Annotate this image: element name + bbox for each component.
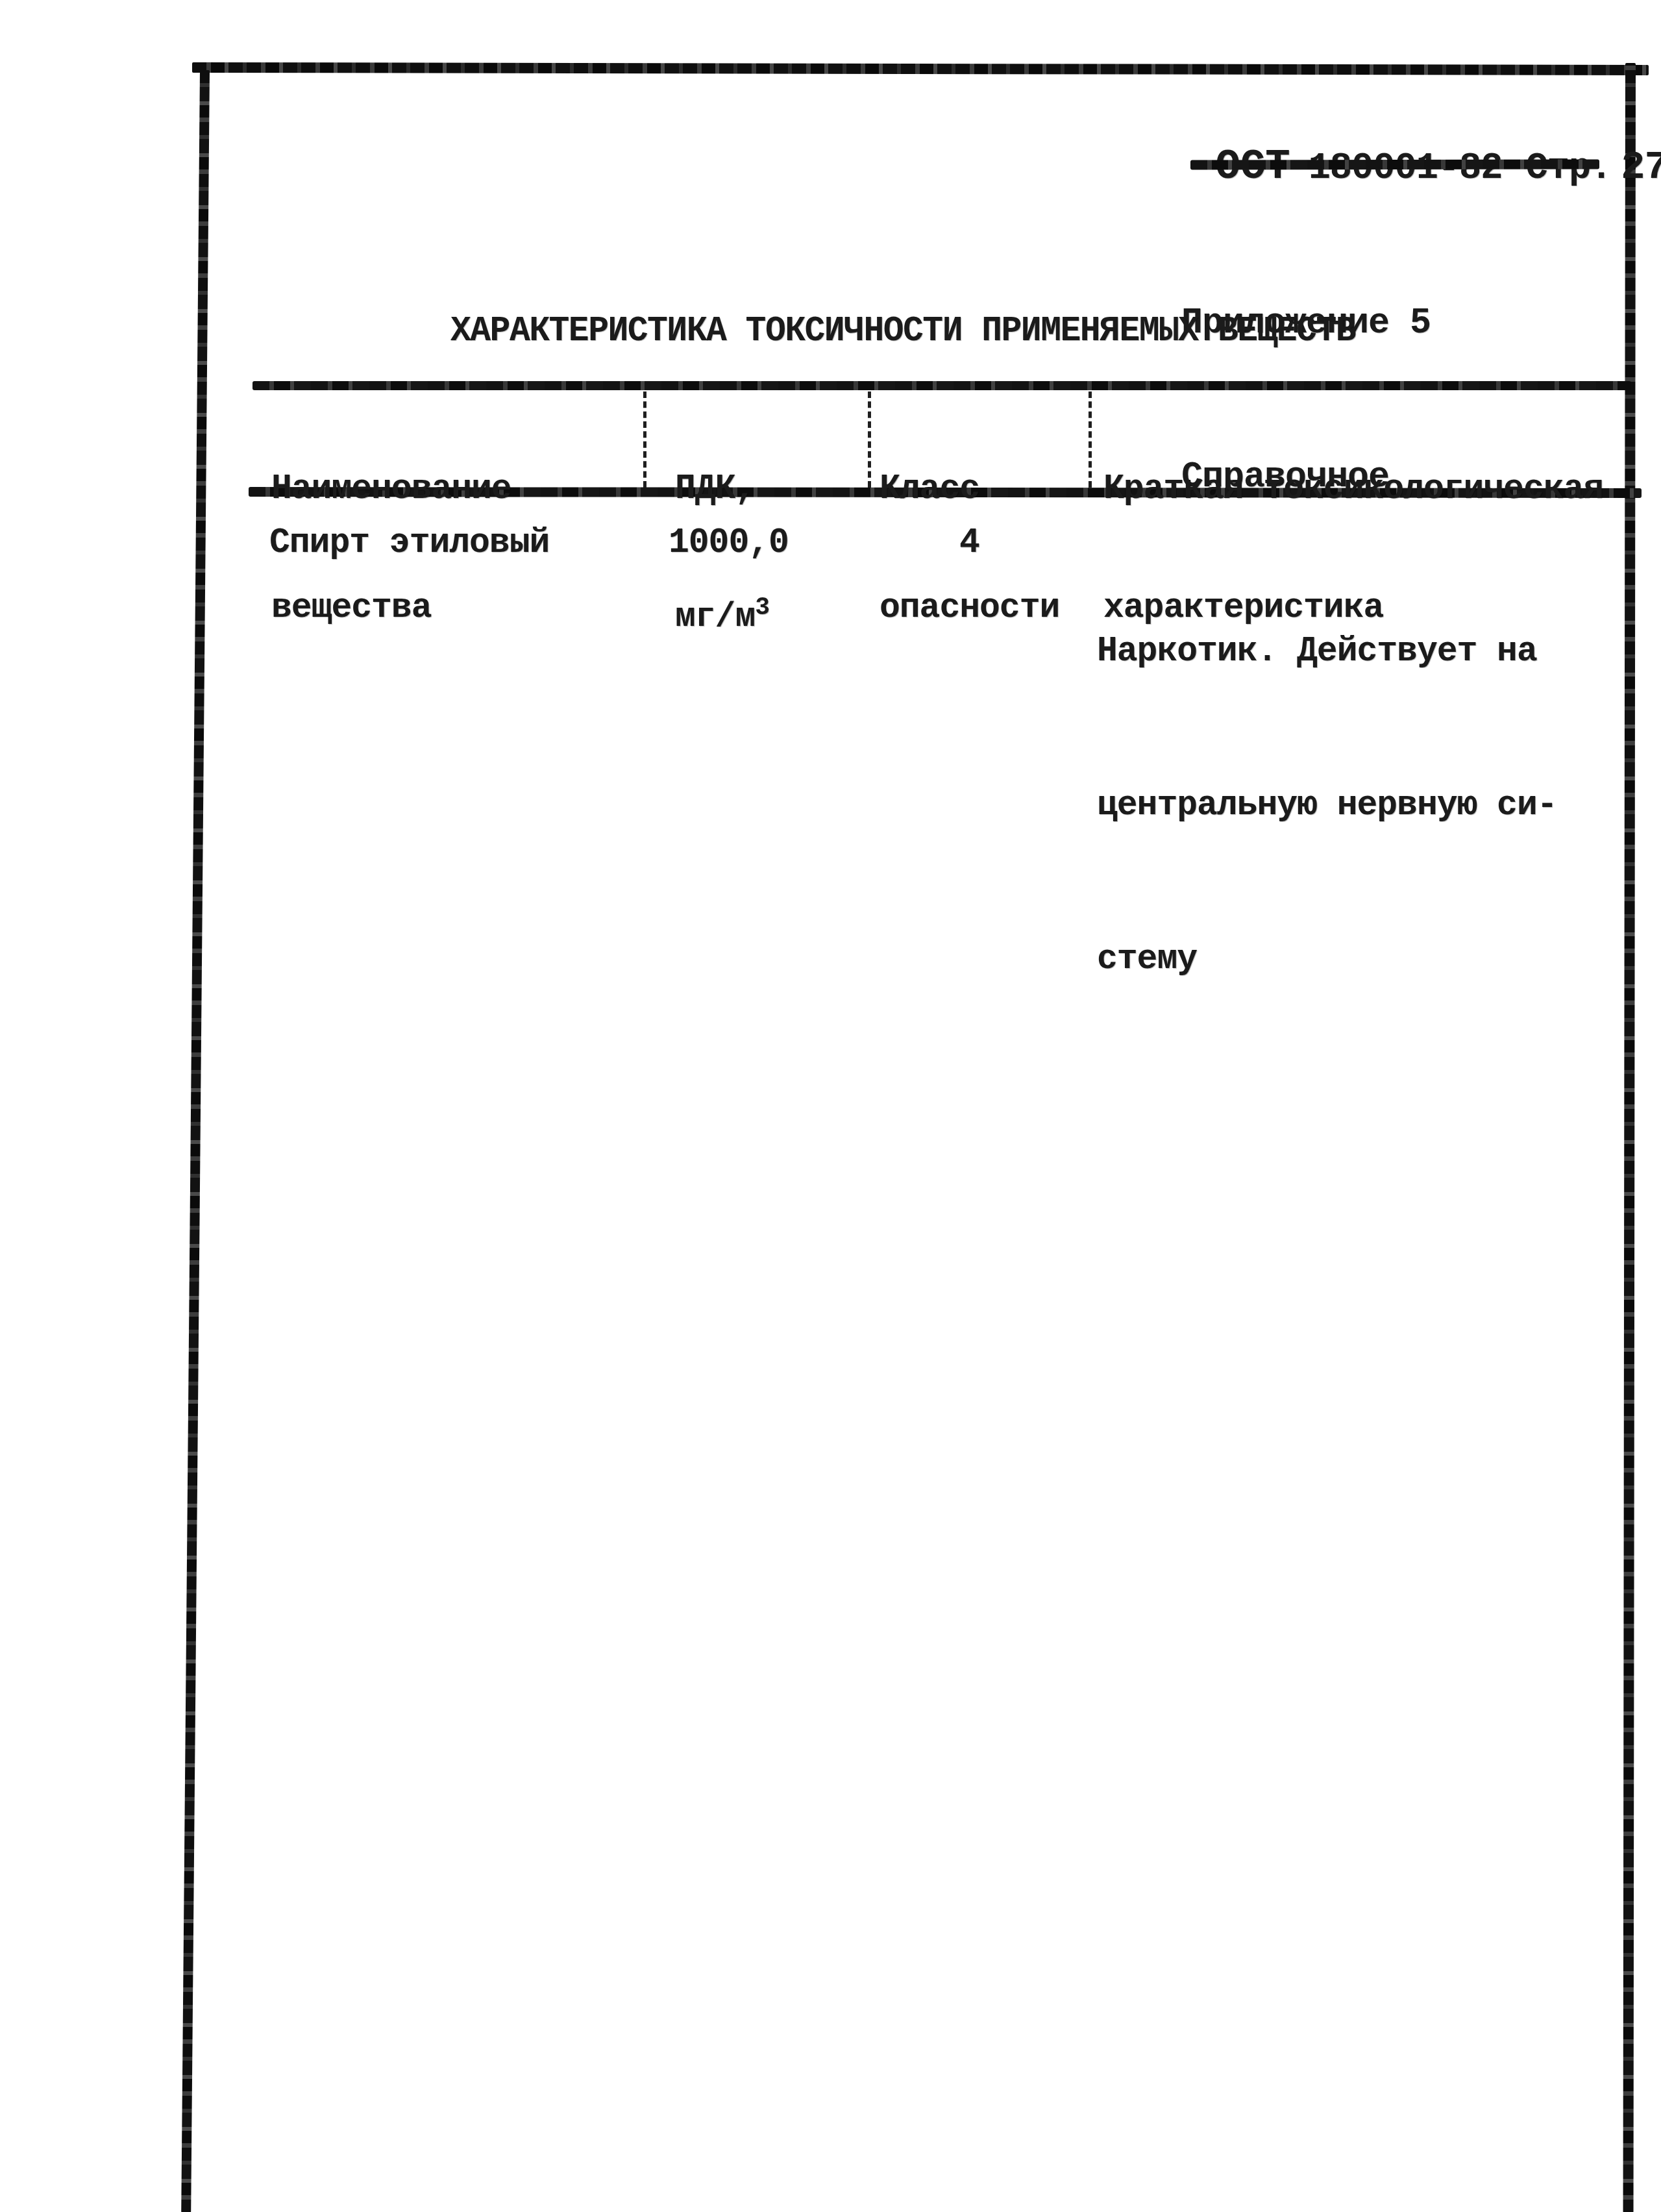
scan-edge-top <box>192 62 1649 75</box>
row-description-line3: стему <box>1097 934 1557 985</box>
scan-edge-left <box>181 70 210 2212</box>
column-separator-1 <box>643 391 646 488</box>
row-description-line1: Наркотик. Действует на <box>1097 626 1557 677</box>
column-header-pdk-line1: ПДК, <box>675 469 770 509</box>
row-hazard-class: 4 <box>959 523 979 562</box>
running-head-underline <box>1190 159 1599 169</box>
column-header-description-line1: Краткая токсикологическая <box>1103 469 1603 509</box>
table-top-rule <box>252 381 1631 390</box>
column-header-hazard-line1: Класс <box>880 469 1059 509</box>
column-header-name-line1: Наименование <box>271 469 511 509</box>
scanned-document-page: { "document": { "standard": { "org_label… <box>0 0 1661 2212</box>
pdk-unit-superscript: 3 <box>755 594 770 622</box>
row-description: Наркотик. Действует на центральную нервн… <box>1097 523 1557 1036</box>
column-separator-3 <box>1089 391 1092 488</box>
column-separator-2 <box>868 391 871 488</box>
page-title: ХАРАКТЕРИСТИКА ТОКСИЧНОСТИ ПРИМЕНЯЕМЫХ В… <box>450 312 1355 351</box>
page-number: 27 <box>1621 144 1661 190</box>
running-head: ОСТ180001-82Стр.27 <box>1172 103 1661 191</box>
column-header-hazard-line2: опасности <box>880 588 1059 628</box>
column-header-name-line2: вещества <box>271 588 511 628</box>
column-header-pdk-line2: мг/м3 <box>675 588 770 637</box>
row-description-line2: центральную нервную си- <box>1097 780 1557 831</box>
row-substance-name: Спирт этиловый <box>269 523 549 562</box>
row-pdk-value: 1000,0 <box>669 523 789 562</box>
